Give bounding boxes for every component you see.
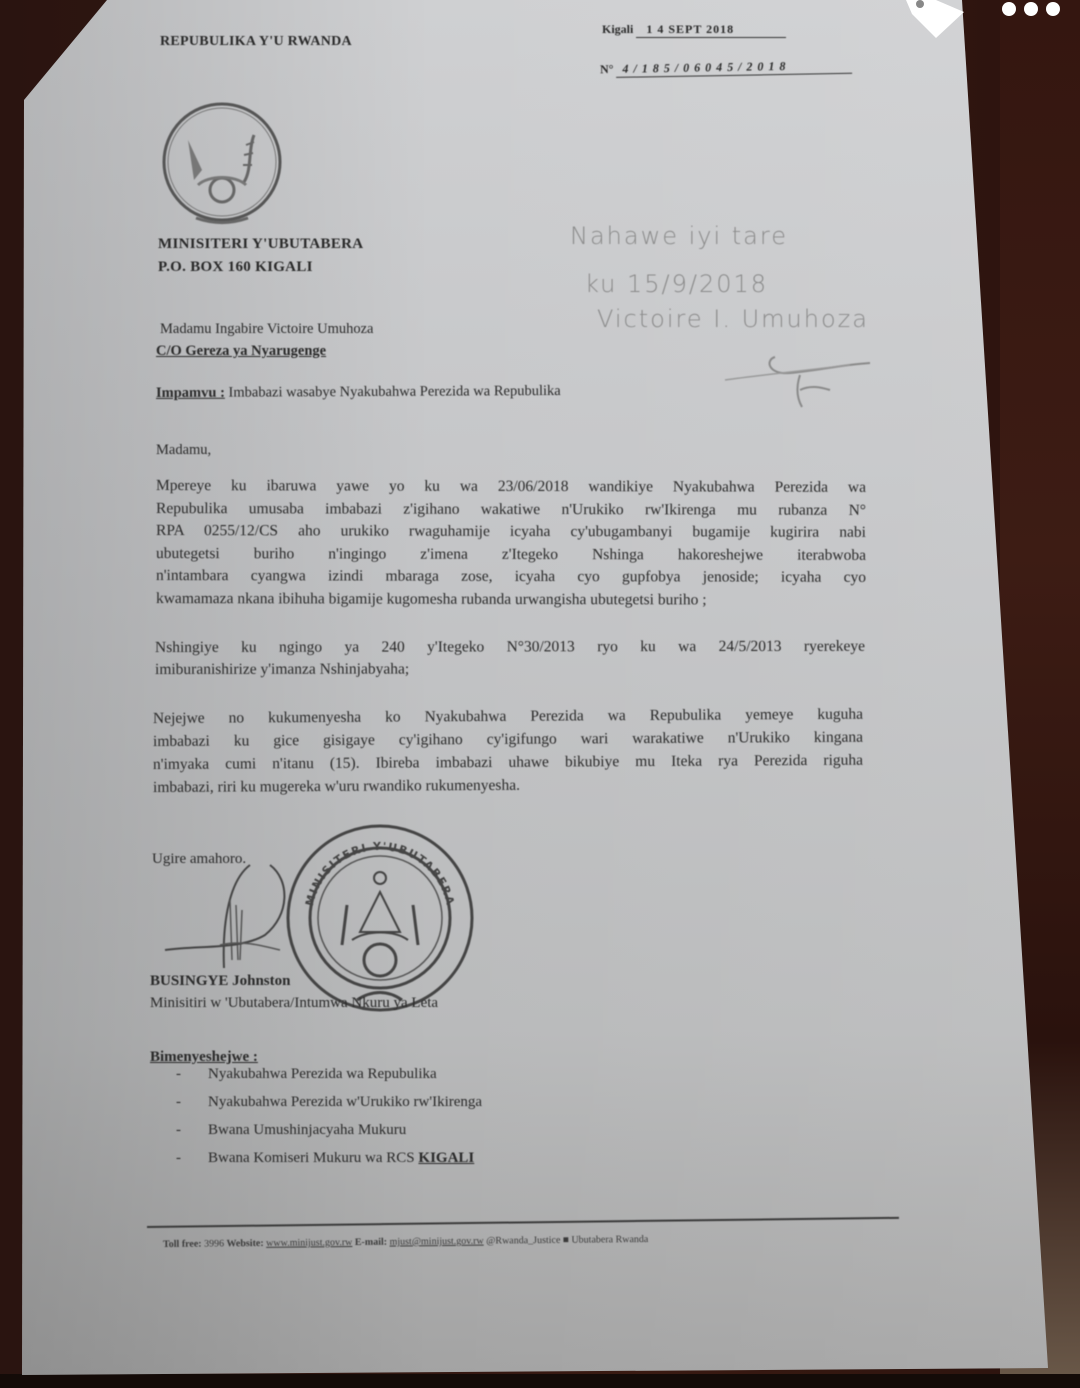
letter-document: REPUBULIKA Y'U RWANDA Kigali 1 4 SEPT 20… bbox=[0, 0, 1080, 1388]
facebook-icon: ■ bbox=[563, 1235, 569, 1246]
date-line: Kigali 1 4 SEPT 2018 bbox=[602, 22, 786, 38]
email-label: E-mail: bbox=[355, 1237, 387, 1248]
subject-line: Impamvu : Imbabazi wasabye Nyakubahwa Pe… bbox=[156, 383, 561, 402]
svg-text:MINISITERI Y'UBUTABERA: MINISITERI Y'UBUTABERA bbox=[303, 840, 457, 908]
p1-line: Repubulika umusaba imbabazi z'igihano wa… bbox=[156, 500, 866, 520]
p3-line: Nejejwe no kukumenyesha ko Nyakubahwa Pe… bbox=[153, 706, 863, 728]
cc-list-item: -Nyakubahwa Perezida w'Urukiko rw'Ikiren… bbox=[176, 1094, 482, 1111]
p3-line: imbabazi ku gice gisigaye cy'igihano cy'… bbox=[153, 729, 863, 751]
footer-contacts: Toll free: 3996 Website: www.minijust.go… bbox=[163, 1234, 648, 1250]
cc-list-item: -Bwana Komiseri Mukuru wa RCS KIGALI bbox=[176, 1150, 474, 1167]
reference-line: N° 4 / 1 8 5 / 0 6 0 4 5 / 2 0 1 8 bbox=[600, 58, 853, 78]
ministry-seal-icon: MINISITERI Y'UBUTABERA bbox=[282, 820, 478, 1016]
ministry-address: P.O. BOX 160 KIGALI bbox=[158, 259, 313, 276]
p1-line: kwamamaza nkana ibihuha bigamije kugomes… bbox=[156, 590, 866, 610]
cc-location: KIGALI bbox=[418, 1150, 474, 1166]
recipient-address: C/O Gereza ya Nyarugenge bbox=[156, 343, 326, 360]
date-value: 1 4 SEPT 2018 bbox=[636, 22, 786, 38]
p3-line: n'imyaka cumi n'itanu (15). Ibireba imba… bbox=[153, 752, 863, 774]
p1-line: ubutegetsi buriho n'ingingo z'imena z'It… bbox=[156, 545, 866, 565]
website-link[interactable]: www.minijust.gov.rw bbox=[266, 1237, 352, 1249]
cc-label: Bimenyeshejwe : bbox=[150, 1049, 258, 1066]
toll-free-label: Toll free: bbox=[163, 1239, 202, 1250]
cc-list-item: -Bwana Umushinjacyaha Mukuru bbox=[176, 1122, 406, 1139]
subject-label: Impamvu : bbox=[156, 385, 225, 401]
p1-line: Mpereye ku ibaruwa yawe yo ku wa 23/06/2… bbox=[156, 477, 866, 497]
p2-line: Nshingiye ku ngingo ya 240 y'Itegeko N°3… bbox=[155, 638, 865, 657]
p3-line: imbabazi, riri ku mugereka w'uru rwandik… bbox=[153, 775, 863, 797]
reference-label: N° bbox=[600, 62, 614, 76]
rwanda-emblem-icon bbox=[158, 100, 286, 228]
recipient-name: Madamu Ingabire Victoire Umuhoza bbox=[160, 321, 373, 338]
p1-line: n'intambara cyangwa izindi mbaraga zose,… bbox=[156, 567, 866, 587]
more-options-icon[interactable] bbox=[998, 0, 1068, 18]
email-link[interactable]: mjust@minijust.gov.rw bbox=[390, 1236, 484, 1248]
ministry-name: MINISITERI Y'UBUTABERA bbox=[158, 236, 363, 253]
date-label: Kigali bbox=[602, 22, 633, 36]
handwritten-note-line-1: Nahawe iyi tare bbox=[570, 222, 788, 250]
footer-divider bbox=[147, 1217, 899, 1228]
cc-list-item: -Nyakubahwa Perezida wa Repubulika bbox=[176, 1066, 437, 1083]
toll-free-value: 3996 bbox=[204, 1238, 224, 1249]
twitter-handle: @Rwanda_Justice bbox=[486, 1235, 560, 1247]
salutation: Madamu, bbox=[156, 442, 211, 459]
tag-icon[interactable] bbox=[906, 0, 966, 40]
signatory-title: Minisitiri w 'Ubutabera/Intumwa Nkuru ya… bbox=[150, 995, 438, 1012]
facebook-handle: Ubutabera Rwanda bbox=[571, 1234, 648, 1246]
country-header: REPUBULIKA Y'U RWANDA bbox=[160, 34, 352, 50]
handwritten-note-line-2: ku 15/9/2018 bbox=[585, 270, 768, 298]
handwritten-initials-icon bbox=[720, 345, 890, 410]
handwritten-note-line-3: Victoire I. Umuhoza bbox=[597, 305, 869, 333]
signatory-name: BUSINGYE Johnston bbox=[150, 973, 290, 990]
p1-line: RPA 0255/12/CS aho urukiko rwaguhamije i… bbox=[156, 522, 866, 542]
website-label: Website: bbox=[226, 1238, 263, 1249]
subject-text: Imbabazi wasabye Nyakubahwa Perezida wa … bbox=[228, 383, 560, 401]
p2-line: imiburanishirize y'imanza Nshinjabyaha; bbox=[155, 660, 865, 679]
reference-value: 4 / 1 8 5 / 0 6 0 4 5 / 2 0 1 8 bbox=[616, 58, 852, 78]
